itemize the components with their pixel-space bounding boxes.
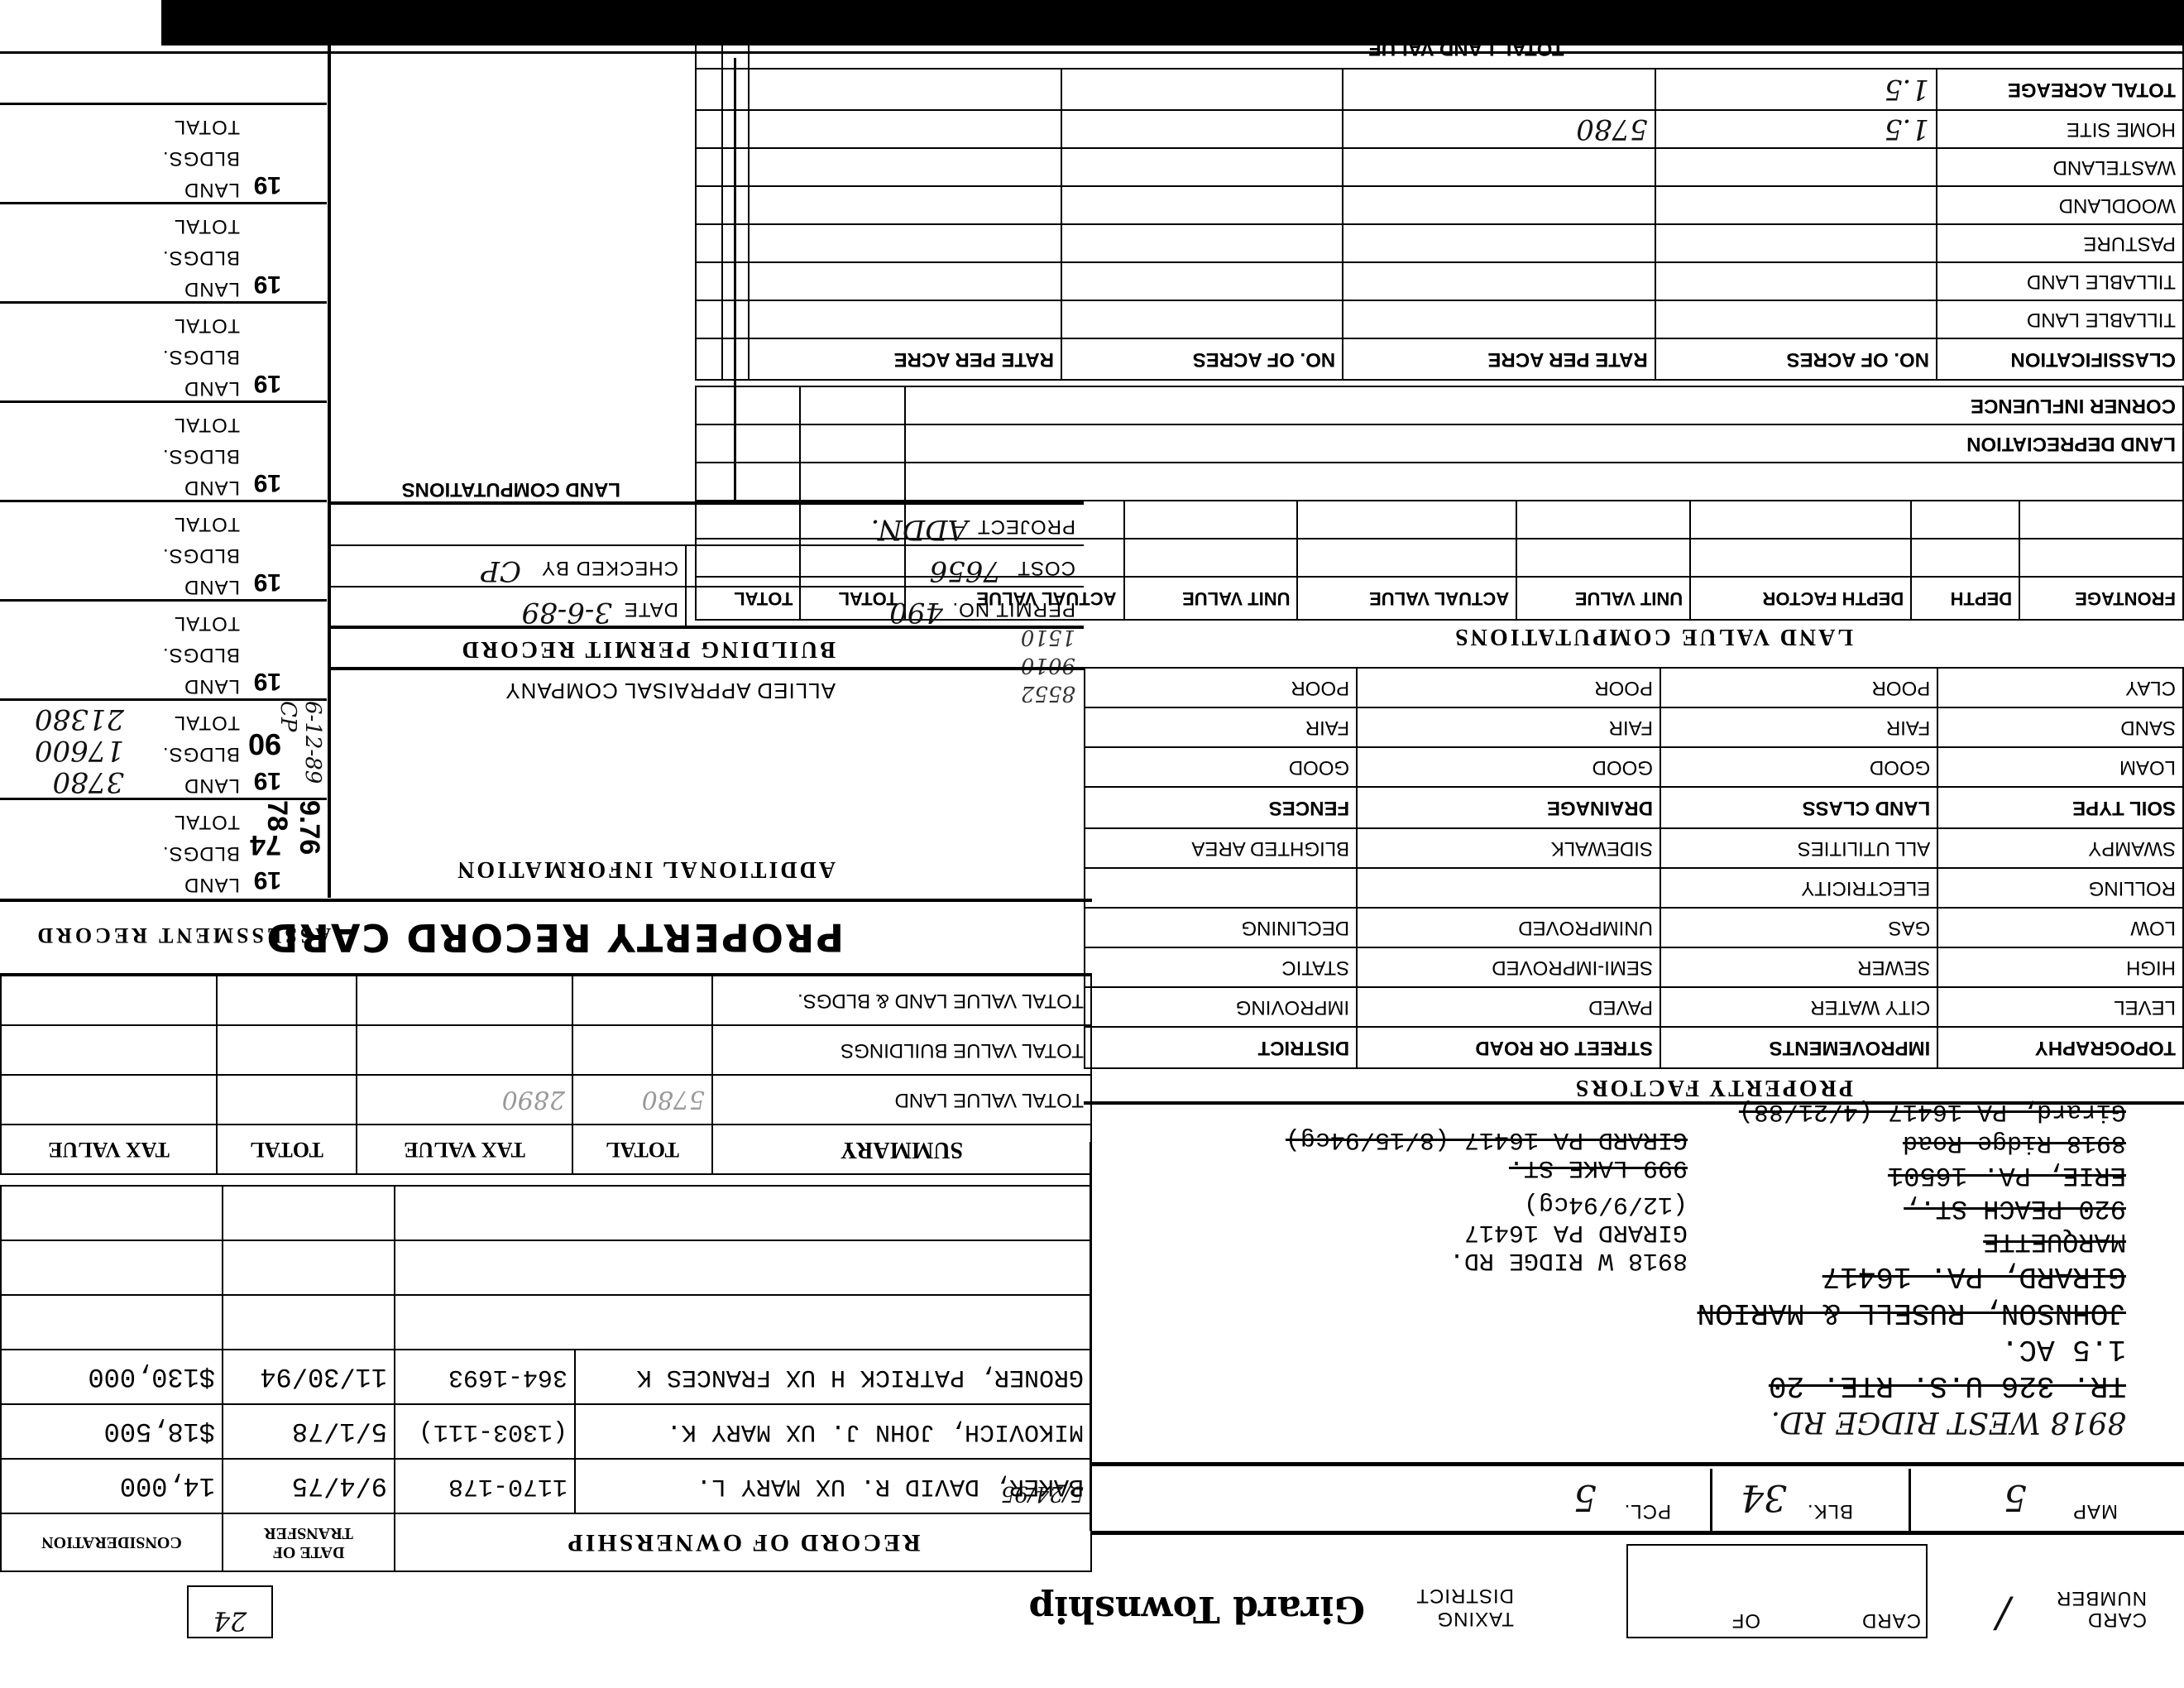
- assessment-bldgs-label: BLDGS.: [162, 643, 240, 666]
- assessment-land-label: LAND: [184, 774, 240, 797]
- mailing-line: 999 LAKE ST.: [1286, 1153, 1688, 1182]
- pcl-value: 5: [1573, 1476, 1597, 1518]
- owner-line: JOHNSON, RUSELL & MARION: [1382, 1294, 2126, 1331]
- summary-label: TOTAL VALUE BUILDINGS: [712, 1025, 1091, 1075]
- assessment-year-prefix: 19: [254, 369, 281, 397]
- pf-item[interactable]: [1085, 868, 1357, 908]
- owner-name: MIKOVICH, JOHN J. UX MARY K.: [575, 1404, 1091, 1459]
- summary-label: TOTAL VALUE LAND: [712, 1075, 1091, 1125]
- mailing-line: (12/9/94cg): [1286, 1190, 1688, 1218]
- assessment-land-label: LAND: [184, 178, 240, 201]
- acre-label: WOODLAND: [1937, 186, 2183, 224]
- project-label: PROJECT: [977, 515, 1075, 538]
- taxing-district-value: Girard Township: [1029, 1588, 1365, 1630]
- mailing-line: GIRARD PA 16417 (8/15/94cg): [1286, 1125, 1688, 1153]
- pf-item[interactable]: LOW: [1937, 908, 2183, 947]
- assessment-total-label: TOTAL: [174, 413, 240, 436]
- assessment-year-prefix: 19: [254, 766, 281, 794]
- pf-item[interactable]: PAVED: [1357, 987, 1660, 1027]
- page-box-value: 24: [213, 1605, 247, 1637]
- pf-item[interactable]: CITY WATER: [1660, 987, 1937, 1027]
- pf-item[interactable]: POOR: [1357, 668, 1660, 707]
- lv-header: UNIT VALUE: [1516, 577, 1690, 620]
- mailing-line: GIRARD PA 16417: [1286, 1218, 1688, 1246]
- assessment-block: 19LANDBLDGS.TOTAL: [0, 500, 327, 600]
- acre-label: TILLABLE LAND: [1937, 300, 2183, 338]
- assessment-year: 74: [250, 828, 281, 861]
- pf-item[interactable]: SEMI-IMPROVED: [1357, 947, 1660, 987]
- pf-header-fences: FENCES: [1085, 787, 1357, 828]
- card-of-box: CARD OF: [1626, 1544, 1928, 1638]
- ownership-row: GRONER, PATRICK H UX FRANCES K 364-1693 …: [1, 1350, 1091, 1404]
- assessment-block: 19LANDBLDGS.TOTAL: [0, 599, 327, 699]
- pf-item[interactable]: STATIC: [1085, 947, 1357, 987]
- pcl-label: PCL.: [1624, 1499, 1671, 1523]
- summary-land-total: 5780: [572, 1075, 712, 1125]
- pf-header-drainage: DRAINAGE: [1357, 787, 1660, 828]
- pf-item[interactable]: ROLLING: [1937, 868, 2183, 908]
- assessment-land-label: LAND: [184, 277, 240, 300]
- assessment-total-label: TOTAL: [174, 314, 240, 337]
- owner-date: 11/30/94: [223, 1350, 395, 1404]
- assessment-year-prefix: 19: [254, 468, 281, 496]
- summary-col-tax: TAX VALUE: [357, 1125, 572, 1174]
- homesite-acres: 1.5: [1655, 110, 1937, 148]
- permit-no-label: PERMIT NO.: [951, 597, 1075, 621]
- ownership-row: BAKER, DAVID R. UX MARY L. 1170-178 9/4/…: [1, 1459, 1091, 1513]
- pf-header-district: DISTRICT: [1085, 1027, 1357, 1068]
- pf-item[interactable]: SAND: [1937, 707, 2183, 747]
- card-number-value: /: [1996, 1590, 2010, 1638]
- assessment-year: 90: [248, 727, 281, 761]
- pf-header-topography: TOPOGRAPHY: [1937, 1027, 2183, 1068]
- lv-corner-influence: CORNER INFLUENCE: [905, 386, 2183, 424]
- permit-date-value: 3-6-89: [521, 596, 612, 629]
- pf-item[interactable]: IMPROVING: [1085, 987, 1357, 1027]
- card-number-label: CARD NUMBER: [2072, 1587, 2147, 1630]
- pf-header-landclass: LAND CLASS: [1660, 787, 1937, 828]
- assessment-year-prefix: 19: [254, 568, 281, 596]
- assessment-total-label: TOTAL: [174, 810, 240, 833]
- summary-col-total: TOTAL: [572, 1125, 712, 1174]
- assessment-bldgs-label: BLDGS.: [162, 444, 240, 468]
- pf-item[interactable]: LOAM: [1937, 747, 2183, 787]
- assessment-year-prefix: 19: [254, 170, 281, 199]
- checked-by-label: CHECKED BY: [541, 556, 678, 579]
- pf-item[interactable]: CLAY: [1937, 668, 2183, 707]
- lv-header: DEPTH FACTOR: [1690, 577, 1911, 620]
- assessment-land-label: LAND: [184, 674, 240, 698]
- card-of-card-label: CARD: [1861, 1609, 1921, 1632]
- summary-label: TOTAL VALUE LAND & BLDGS.: [712, 976, 1091, 1025]
- additional-info-title: ADDITIONAL INFORMATION: [455, 856, 836, 882]
- permit-cost-value: 7656: [929, 554, 1001, 587]
- project-value: ADDN.: [871, 513, 968, 546]
- acre-header: NO. OF ACRES: [1655, 338, 1937, 380]
- acre-label: TOTAL ACREAGE: [1937, 69, 2183, 110]
- assessment-stamp: 6-12-89 CP: [284, 701, 325, 794]
- assessment-block: 6-12-89 CP 19 90 LAND BLDGS. TOTAL 3780 …: [0, 698, 327, 798]
- header-right: BOARD FOR ASSESSMENT AND REVISION OF TAX…: [196, 17, 778, 41]
- summary-table: SUMMARY TOTAL TAX VALUE TOTAL TAX VALUE …: [0, 975, 1092, 1175]
- homesite-rate: 5780: [1343, 110, 1655, 148]
- owner-date: 5/1/78: [223, 1404, 395, 1459]
- summary-title: SUMMARY: [712, 1125, 1091, 1174]
- assessment-bldgs-label: BLDGS.: [162, 842, 240, 865]
- lv-header: UNIT VALUE: [1124, 577, 1298, 620]
- assessment-total-value: 21380: [35, 703, 124, 736]
- card-title: PROPERTY RECORD CARD: [265, 915, 844, 960]
- pf-item[interactable]: FAIR: [1357, 707, 1660, 747]
- ownership-col-consideration: CONSIDERATION: [1, 1513, 223, 1571]
- acre-label: HOME SITE: [1937, 110, 2183, 148]
- pf-item[interactable]: FAIR: [1085, 707, 1357, 747]
- card-of-of-label: OF: [1731, 1609, 1760, 1632]
- note-line: 9010: [1021, 651, 1075, 679]
- checked-by-value: CP: [481, 554, 521, 587]
- assessment-land-label: LAND: [184, 476, 240, 499]
- assessment-record: 9.76 78 19 74 LAND BLDGS. TOTAL 6-12-89 …: [0, 46, 327, 898]
- pf-item[interactable]: FAIR: [1660, 707, 1937, 747]
- additional-info-panel: ADDITIONAL INFORMATION ALLIED APPRAISAL …: [331, 58, 1084, 894]
- acre-label: TILLABLE LAND: [1937, 262, 2183, 300]
- additional-notes: 8552 9010 1510: [1021, 623, 1075, 707]
- pf-item[interactable]: POOR: [1660, 668, 1937, 707]
- permit-no-value: 490: [889, 596, 943, 629]
- ownership-row: MIKOVICH, JOHN J. UX MARY K. (1303-111) …: [1, 1404, 1091, 1459]
- lv-header: DEPTH: [1911, 577, 2019, 620]
- lv-header: FRONTAGE: [2019, 577, 2183, 620]
- summary-col-tax2: TAX VALUE: [1, 1125, 217, 1174]
- pf-item[interactable]: GOOD: [1357, 747, 1660, 787]
- pf-item[interactable]: SIDEWALK: [1357, 828, 1660, 868]
- land-value-title: LAND VALUE COMPUTATIONS: [1453, 623, 1853, 650]
- owner-book: 364-1693: [395, 1350, 575, 1404]
- owner-consideration: $130,000: [1, 1350, 223, 1404]
- property-factors-title: PROPERTY FACTORS: [1573, 1074, 1853, 1101]
- ownership-col-date: DATE OF TRANSFER: [223, 1513, 395, 1571]
- summary-land-tax: 2890: [357, 1075, 572, 1125]
- owner-name: GRONER, PATRICK H UX FRANCES K: [575, 1350, 1091, 1404]
- pf-header-street: STREET OR ROAD: [1357, 1027, 1660, 1068]
- assessment-bldgs-label: BLDGS.: [162, 742, 240, 765]
- acre-header: CLASSIFICATION: [1937, 338, 2183, 380]
- owner-consideration: 14,000: [1, 1459, 223, 1513]
- pf-item[interactable]: GOOD: [1085, 747, 1357, 787]
- property-factors-table: TOPOGRAPHY IMPROVEMENTS STREET OR ROAD D…: [1084, 667, 2184, 1069]
- pf-item[interactable]: GAS: [1660, 908, 1937, 947]
- acreage-line: 1.5 AC.: [1382, 1331, 2126, 1367]
- pf-item[interactable]: ALL UTILITIES: [1660, 828, 1937, 868]
- assessment-total-label: TOTAL: [174, 214, 240, 237]
- land-computations-label: LAND COMPUTATIONS: [402, 477, 620, 501]
- pf-item[interactable]: LEVEL: [1937, 987, 2183, 1027]
- assessment-land-label: LAND: [184, 376, 240, 400]
- taxing-district-label: TAXING DISTRICT: [1398, 1584, 1514, 1630]
- assessment-block: 19LANDBLDGS.TOTAL: [0, 400, 327, 501]
- pf-item[interactable]: ELECTRICITY: [1660, 868, 1937, 908]
- acre-label: WASTELAND: [1937, 148, 2183, 186]
- lv-land-depreciation: LAND DEPRECIATION: [905, 424, 2183, 463]
- address-handwritten: 8918 WEST RIDGE RD.: [1382, 1403, 2126, 1440]
- blk-label: BLK.: [1807, 1499, 1853, 1523]
- assessment-total-label: TOTAL: [174, 611, 240, 635]
- acre-label: PASTURE: [1937, 224, 2183, 262]
- assessment-bldgs-label: BLDGS.: [162, 544, 240, 567]
- pf-item[interactable]: BLIGHTED AREA: [1085, 828, 1357, 868]
- owner-book: (1303-111): [395, 1404, 575, 1459]
- assessment-year-prefix: 19: [254, 866, 281, 894]
- assessment-block: 19LANDBLDGS.TOTAL: [0, 103, 327, 203]
- assessment-land-label: LAND: [184, 873, 240, 896]
- assessment-bldgs-value: 17600: [35, 734, 124, 767]
- owner-date: 9/4/75: [223, 1459, 395, 1513]
- desc-line: TR. 326 U.S. RTE. 20: [1382, 1367, 2126, 1403]
- pf-item[interactable]: SEWER: [1660, 947, 1937, 987]
- assessment-total-label: TOTAL: [174, 711, 240, 734]
- pf-header-soil: SOIL TYPE: [1937, 787, 2183, 828]
- assessment-year-prefix: 19: [254, 270, 281, 298]
- map-label: MAP: [2072, 1499, 2118, 1523]
- pf-item[interactable]: [1357, 868, 1660, 908]
- pf-item[interactable]: SWAMPY: [1937, 828, 2183, 868]
- blk-value: 34: [1741, 1476, 1787, 1518]
- owner-consideration: $18,500: [1, 1404, 223, 1459]
- assessment-bldgs-label: BLDGS.: [162, 146, 240, 170]
- assessment-year-prefix: 19: [254, 667, 281, 695]
- ownership-table: RECORD OF OWNERSHIP DATE OF TRANSFER CON…: [0, 1185, 1092, 1572]
- pf-item[interactable]: DECLINING: [1085, 908, 1357, 947]
- owner-book: 1170-178: [395, 1459, 575, 1513]
- permit-cost-label: COST: [1017, 556, 1075, 579]
- assessment-land-value: 3780: [52, 765, 124, 798]
- ownership-title: RECORD OF OWNERSHIP: [395, 1513, 1091, 1571]
- assessment-land-label: LAND: [184, 575, 240, 598]
- assessment-total-label: TOTAL: [174, 115, 240, 138]
- total-acres: 1.5: [1655, 69, 1937, 110]
- assessment-bldgs-label: BLDGS.: [162, 246, 240, 269]
- mailing-line: 8918 W RIDGE RD.: [1286, 1246, 1688, 1274]
- acre-header: NO. OF ACRES: [1061, 338, 1343, 380]
- map-value: 5: [2004, 1476, 2027, 1518]
- summary-col-total2: TOTAL: [217, 1125, 357, 1174]
- mailing-address-block: 8918 W RIDGE RD. GIRARD PA 16417 (12/9/9…: [1286, 1125, 1688, 1274]
- owner-name: BAKER, DAVID R. UX MARY L.: [575, 1459, 1091, 1513]
- note-line: 8552: [1021, 679, 1075, 707]
- assessment-total-label: TOTAL: [174, 512, 240, 535]
- pf-item[interactable]: GOOD: [1660, 747, 1937, 787]
- building-permit-title: BUILDING PERMIT RECORD: [460, 635, 836, 662]
- permit-date-label: DATE: [624, 597, 678, 621]
- page-box: 24: [187, 1585, 273, 1638]
- pf-item[interactable]: UNIMPROVED: [1357, 908, 1660, 947]
- assessment-block: 19LANDBLDGS.TOTAL: [0, 202, 327, 302]
- assessment-stamp: 9.76 78: [284, 800, 325, 894]
- lv-header: ACTUAL VALUE: [1297, 577, 1516, 620]
- header-left: REVALUATION OF ERIE COUNTY, PENNSYLVANIA: [1562, 17, 2118, 41]
- assessment-title: ASSESSMENT RECORD: [34, 923, 331, 947]
- property-record-card: CARD NUMBER / CARD OF TAXING DISTRICT Gi…: [0, 0, 2184, 1688]
- acre-header: RATE PER ACRE: [1343, 338, 1655, 380]
- assessment-bldgs-label: BLDGS.: [162, 345, 240, 368]
- pf-item[interactable]: HIGH: [1937, 947, 2183, 987]
- assessment-block: 9.76 78 19 74 LAND BLDGS. TOTAL: [0, 798, 327, 898]
- assessment-block: 19LANDBLDGS.TOTAL: [0, 301, 327, 401]
- pf-item[interactable]: POOR: [1085, 668, 1357, 707]
- pf-header-improvements: IMPROVEMENTS: [1660, 1027, 1937, 1068]
- appraisal-company: ALLIED APPRAISAL COMPANY: [505, 678, 836, 703]
